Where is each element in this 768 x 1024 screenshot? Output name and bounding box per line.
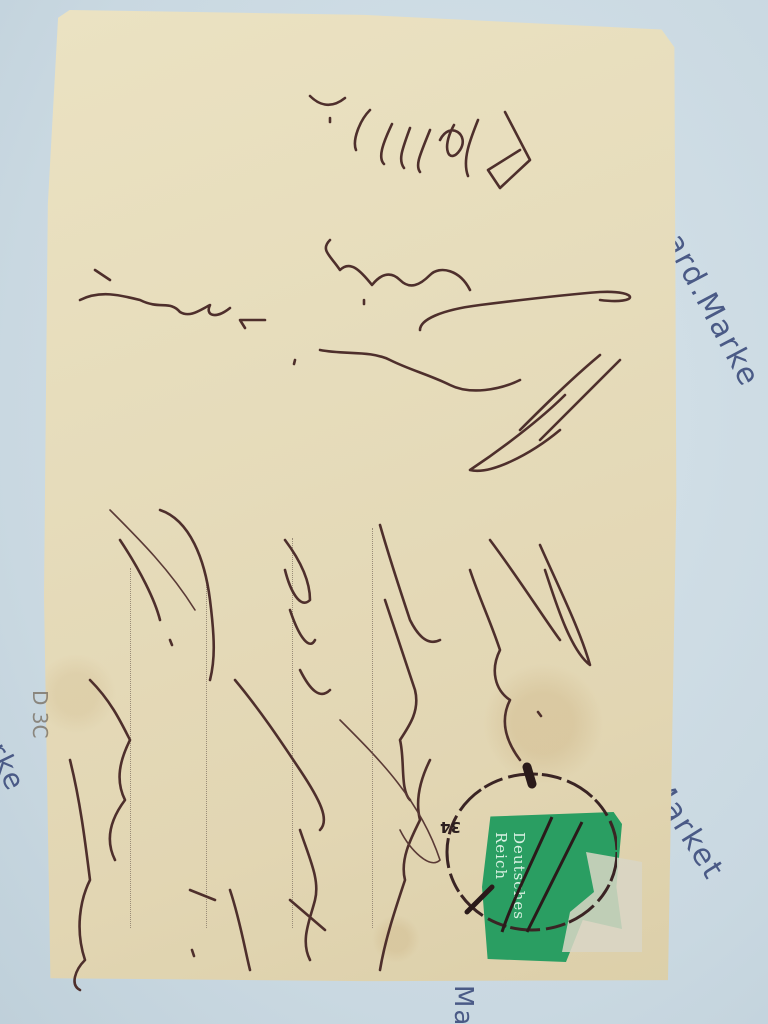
handwriting-address-line-2 (340, 525, 440, 970)
handwriting-greeting (310, 96, 530, 188)
handwriting-address-line-4 (70, 510, 250, 990)
pencil-inventory-note: D 3C (28, 690, 52, 738)
handwriting-name (326, 240, 630, 330)
handwriting-address-line-1 (470, 540, 590, 760)
postmark-code: 34 (440, 818, 461, 836)
postmark-circle-icon (432, 762, 617, 937)
handwriting-address-line-3 (235, 540, 330, 960)
handwriting-closing (80, 270, 620, 471)
handwritten-text (0, 0, 768, 1024)
